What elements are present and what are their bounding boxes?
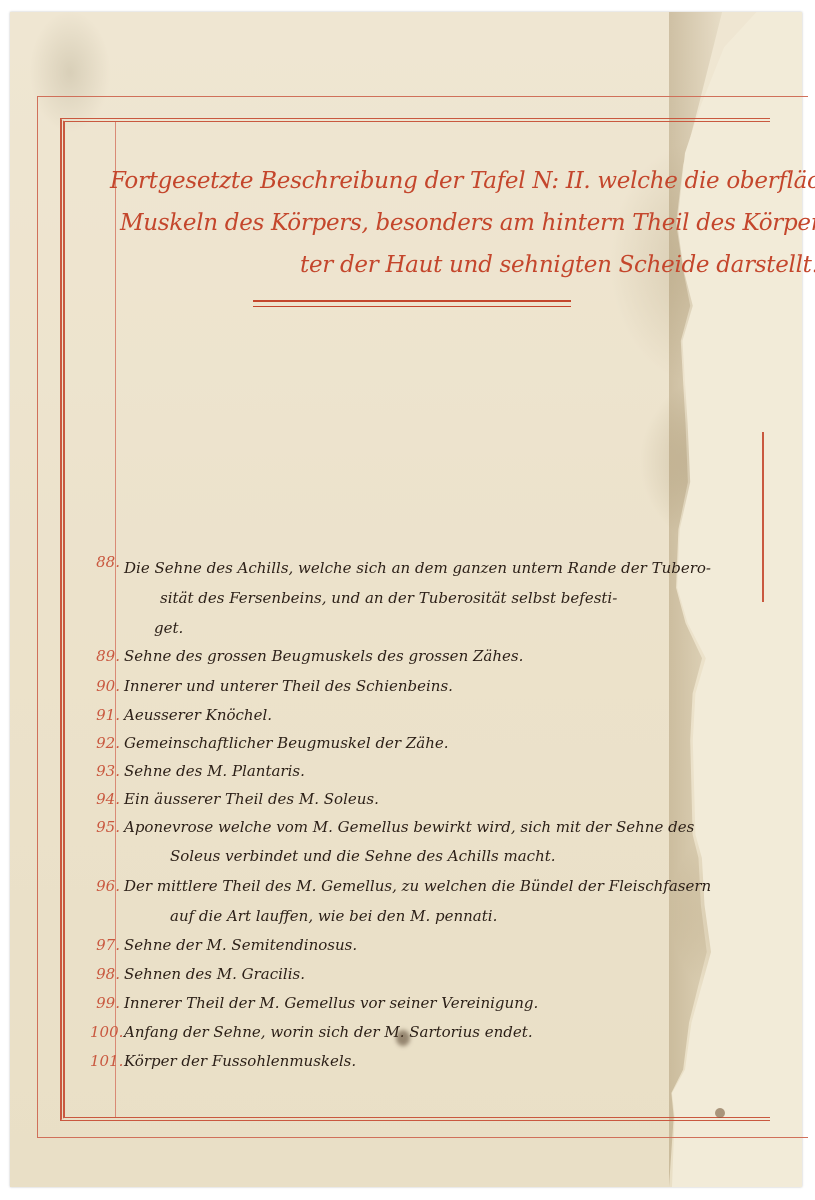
entry-number: 98.: [90, 960, 120, 989]
entry-text: Der mittlere Theil des M. Gemellus, zu w…: [60, 871, 760, 931]
title-underline: [253, 300, 571, 307]
entry-text: Sehnen des M. Gracilis.: [60, 960, 760, 989]
entry-text: Körper der Fussohlenmuskels.: [60, 1047, 760, 1076]
title-line-3: ter der Haut und sehnigten Scheide darst…: [110, 244, 710, 286]
entry-94: 94. Ein äusserer Theil des M. Soleus.: [60, 785, 760, 813]
entry-number: 95.: [90, 813, 120, 842]
entry-text: Innerer und unterer Theil des Schienbein…: [60, 671, 760, 701]
entry-line: auf die Art lauffen, wie bei den M. penn…: [124, 901, 760, 931]
entry-number: 89.: [90, 641, 120, 671]
entry-line: sität des Fersenbeins, und an der Tubero…: [124, 583, 760, 613]
entry-99: 99. Innerer Theil der M. Gemellus vor se…: [60, 989, 760, 1018]
frame-remnant: [762, 432, 764, 602]
entry-89: 89. Sehne des grossen Beugmuskels des gr…: [60, 641, 760, 671]
entry-text: Aeusserer Knöchel.: [60, 701, 760, 729]
entry-line: get.: [124, 613, 760, 643]
entry-text: Sehne des grossen Beugmuskels des grosse…: [60, 641, 760, 671]
entry-text: Sehne des M. Plantaris.: [60, 757, 760, 785]
entry-number: 99.: [90, 989, 120, 1018]
entry-90: 90. Innerer und unterer Theil des Schien…: [60, 671, 760, 701]
entry-96: 96. Der mittlere Theil des M. Gemellus, …: [60, 871, 760, 931]
entry-100: 100. Anfang der Sehne, worin sich der M.…: [60, 1018, 760, 1047]
entry-text: Gemeinschaftlicher Beugmuskel der Zähe.: [60, 729, 760, 757]
entry-number: 88.: [90, 553, 120, 571]
entry-line: Soleus verbindet und die Sehne des Achil…: [124, 842, 760, 871]
entry-number: 101.: [90, 1047, 120, 1076]
title-line-2: Muskeln des Körpers, besonders am hinter…: [110, 202, 710, 244]
page-title: Fortgesetzte Beschreibung der Tafel N: I…: [110, 160, 710, 286]
entry-text: Die Sehne des Achills, welche sich an de…: [60, 553, 760, 643]
entry-text: Innerer Theil der M. Gemellus vor seiner…: [60, 989, 760, 1018]
entry-91: 91. Aeusserer Knöchel.: [60, 701, 760, 729]
entry-number: 93.: [90, 757, 120, 785]
entry-text: Anfang der Sehne, worin sich der M. Sart…: [60, 1018, 760, 1047]
entry-list: 88. Die Sehne des Achills, welche sich a…: [60, 553, 760, 1076]
entry-95: 95. Aponevrose welche vom M. Gemellus be…: [60, 813, 760, 871]
entry-93: 93. Sehne des M. Plantaris.: [60, 757, 760, 785]
entry-number: 100.: [90, 1018, 120, 1047]
entry-number: 90.: [90, 671, 120, 701]
entry-line: Aponevrose welche vom M. Gemellus bewirk…: [124, 813, 760, 842]
entry-97: 97. Sehne der M. Semitendinosus.: [60, 931, 760, 960]
entry-number: 96.: [90, 871, 120, 901]
entry-101: 101. Körper der Fussohlenmuskels.: [60, 1047, 760, 1076]
entry-number: 94.: [90, 785, 120, 813]
entry-line: Die Sehne des Achills, welche sich an de…: [124, 553, 760, 583]
title-line-1: Fortgesetzte Beschreibung der Tafel N: I…: [110, 160, 710, 202]
entry-98: 98. Sehnen des M. Gracilis.: [60, 960, 760, 989]
entry-88: 88. Die Sehne des Achills, welche sich a…: [60, 553, 760, 641]
entry-text: Ein äusserer Theil des M. Soleus.: [60, 785, 760, 813]
entry-number: 92.: [90, 729, 120, 757]
entry-number: 91.: [90, 701, 120, 729]
entry-text: Sehne der M. Semitendinosus.: [60, 931, 760, 960]
entry-92: 92. Gemeinschaftlicher Beugmuskel der Zä…: [60, 729, 760, 757]
ink-spot: [715, 1108, 725, 1118]
entry-line: Der mittlere Theil des M. Gemellus, zu w…: [124, 871, 760, 901]
ink-stain: [396, 1030, 410, 1046]
entry-text: Aponevrose welche vom M. Gemellus bewirk…: [60, 813, 760, 871]
entry-number: 97.: [90, 931, 120, 960]
